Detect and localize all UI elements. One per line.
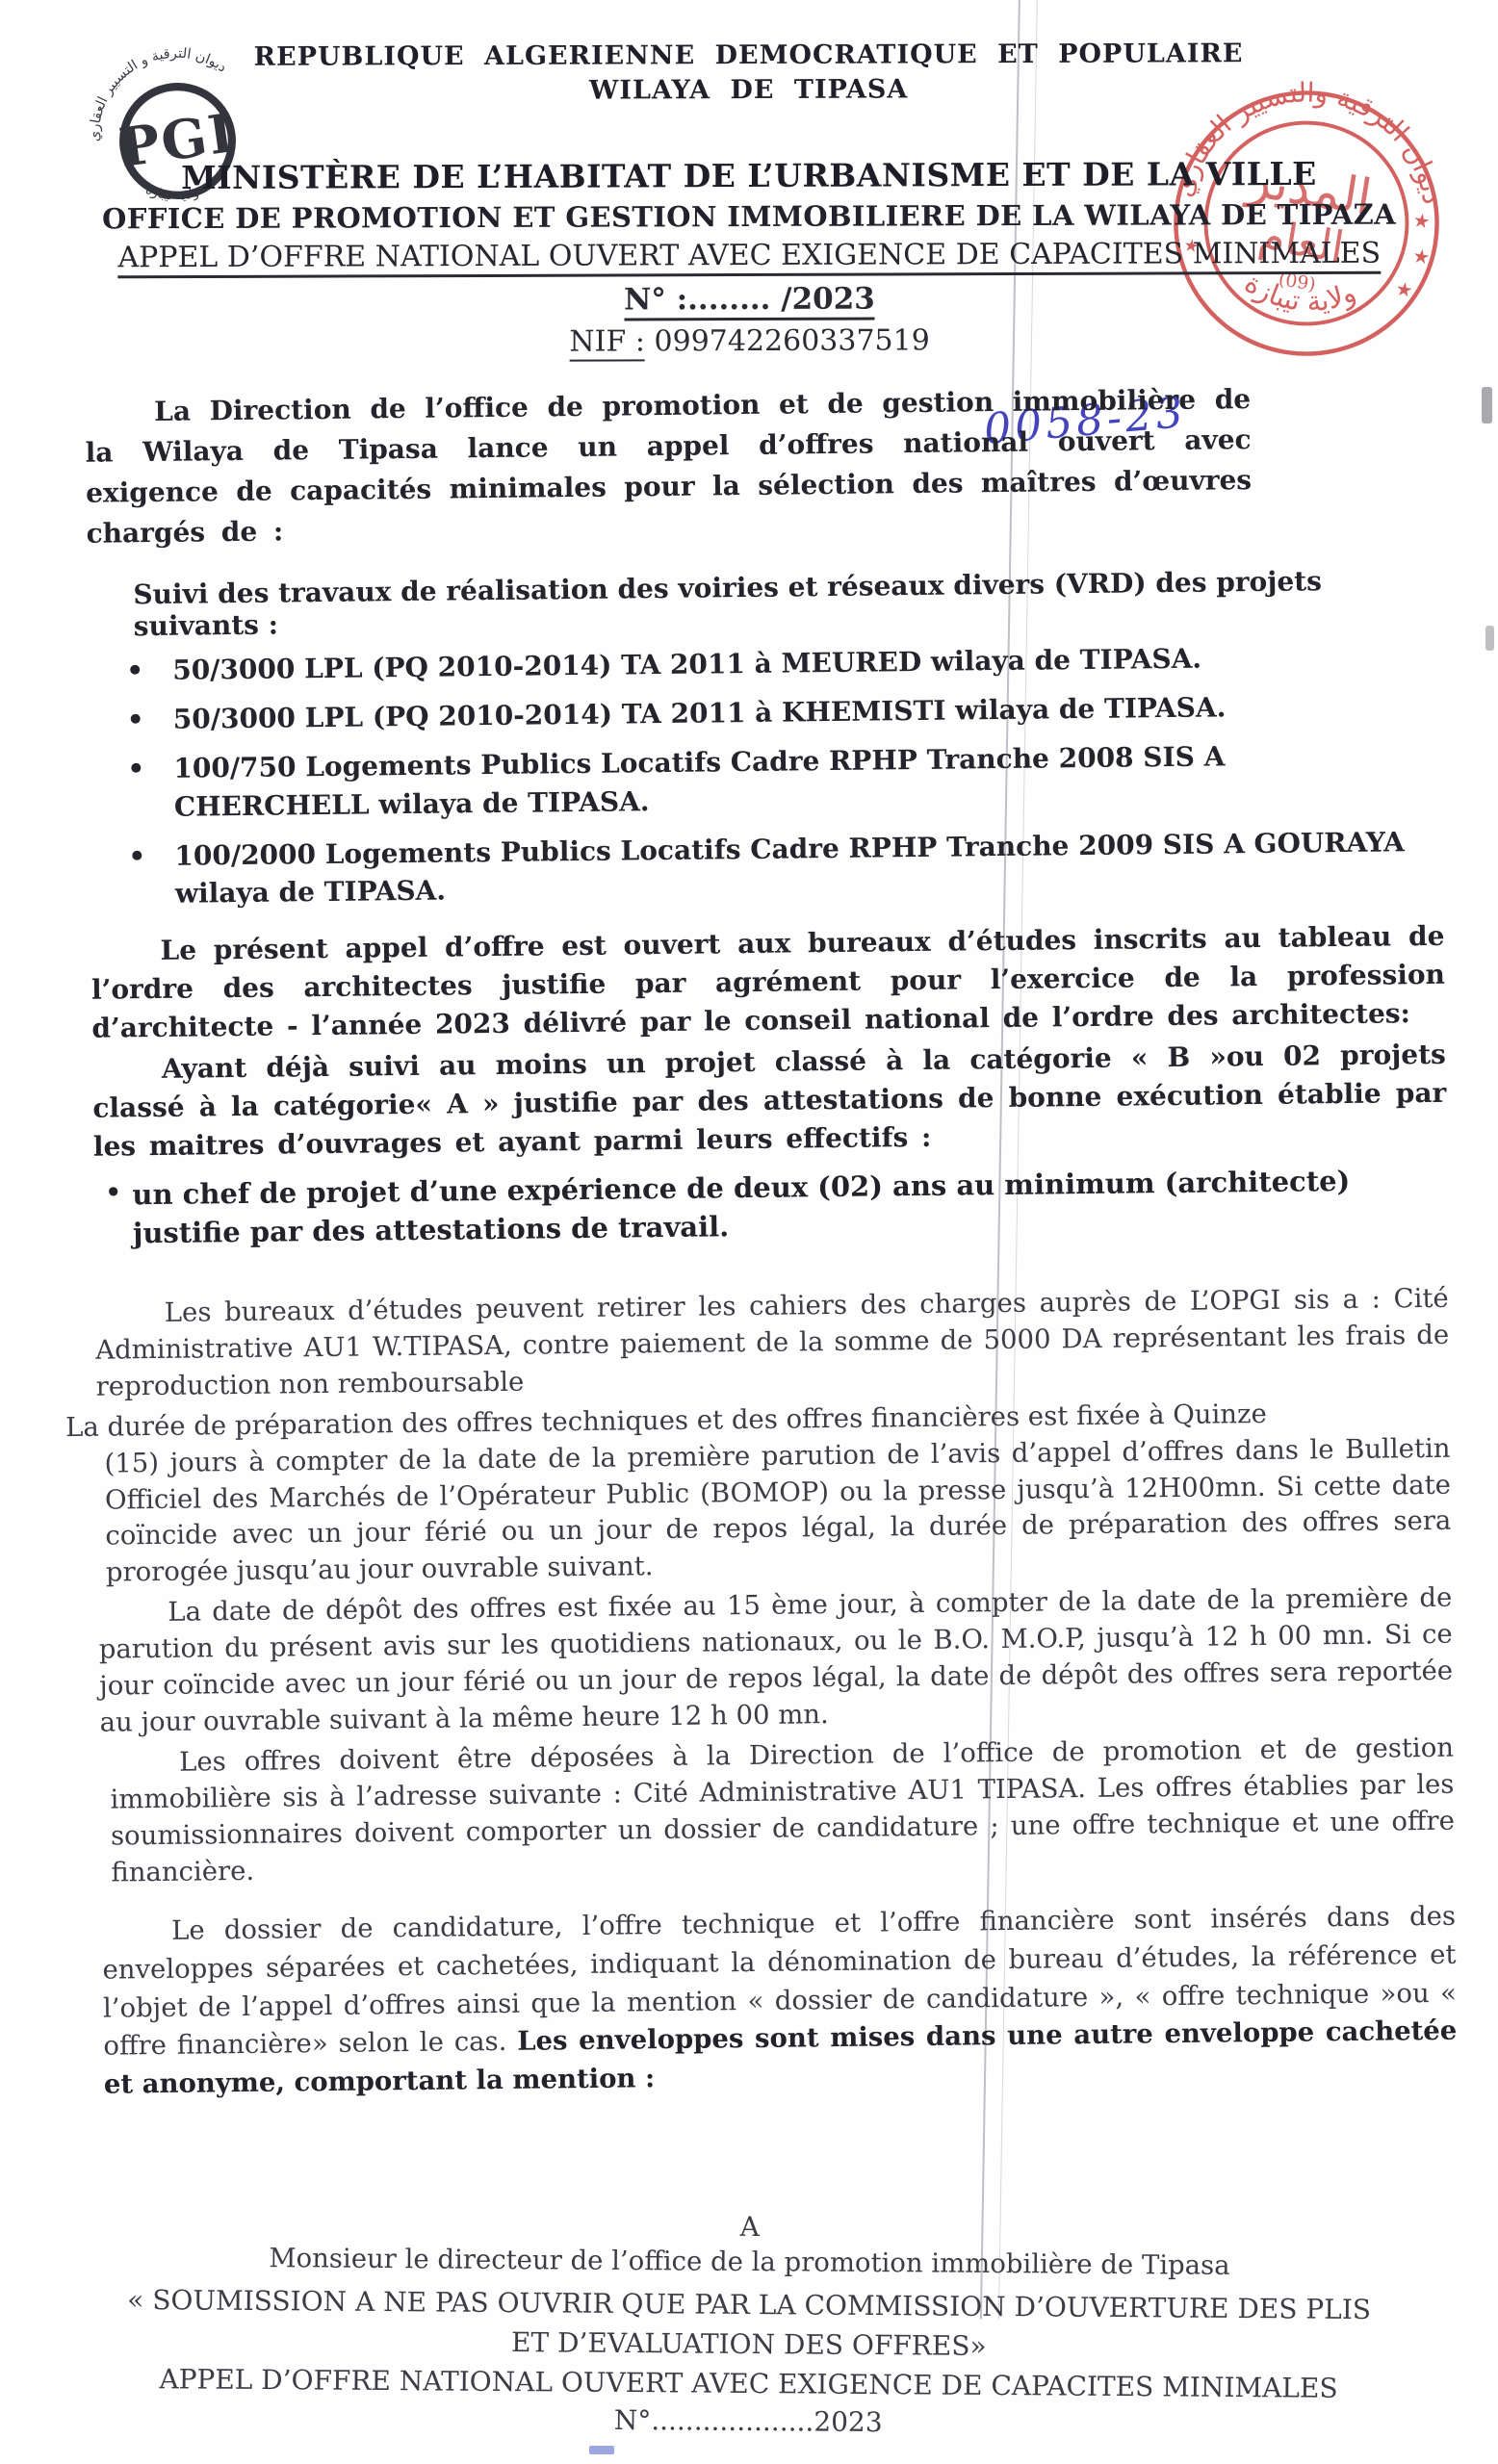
staff-requirement-list: un chef de projet d’une expérience de de… xyxy=(93,1161,1448,1254)
project-item: 100/750 Logements Publics Locatifs Cadre… xyxy=(173,735,1443,825)
soumission-mention: « SOUMISSION A NE PAS OUVRIR QUE PAR LA … xyxy=(109,2281,1390,2370)
footer-tender-number: N°...................2023 xyxy=(0,2400,1497,2444)
nif-line: NIF : 099742260337519 xyxy=(1,322,1498,361)
tender-title: APPEL D’OFFRE NATIONAL OUVERT AVEC EXIGE… xyxy=(0,237,1498,275)
paragraph-category-requirement: Ayant déjà suivi au moins un projet clas… xyxy=(92,1036,1447,1166)
paragraph-introduction: La Direction de l’office de promotion et… xyxy=(85,379,1253,554)
wilaya-line: WILAYA DE TIPASA xyxy=(0,70,1498,110)
paragraph-enveloppes: Le dossier de candidature, l’offre techn… xyxy=(102,1898,1458,2105)
project-item: 100/2000 Logements Publics Locatifs Cadr… xyxy=(174,823,1444,912)
paragraph-depot-adresse: Les offres doivent être déposées à la Di… xyxy=(110,1731,1456,1892)
project-list: 50/3000 LPL (PQ 2010-2014) TA 2011 à MEU… xyxy=(88,637,1444,913)
footer-tender-title: APPEL D’OFFRE NATIONAL OUVERT AVEC EXIGE… xyxy=(0,2363,1498,2406)
office-line: OFFICE DE PROMOTION ET GESTION IMMOBILIE… xyxy=(0,198,1498,236)
document-body: La Direction de l’office de promotion et… xyxy=(0,376,1498,2106)
ink-speck xyxy=(589,2446,614,2454)
paragraph-retrait-cahiers: Les bureaux d’études peuvent retirer les… xyxy=(95,1281,1450,1406)
tender-number-line: N° :........ /2023 xyxy=(0,280,1498,320)
project-item: 50/3000 LPL (PQ 2010-2014) TA 2011 à KHE… xyxy=(173,686,1442,738)
project-item: 50/3000 LPL (PQ 2010-2014) TA 2011 à MEU… xyxy=(172,637,1441,689)
envelope-mention-block: A Monsieur le directeur de l’office de l… xyxy=(0,2205,1498,2444)
paragraph-eligibility: Le présent appel d’offre est ouvert aux … xyxy=(90,917,1445,1047)
document-header: REPUBLIQUE ALGERIENNE DEMOCRATIQUE ET PO… xyxy=(0,0,1498,361)
republic-line: REPUBLIQUE ALGERIENNE DEMOCRATIQUE ET PO… xyxy=(0,36,1498,75)
scanned-tender-document: ديوان الترقية و التسيير العقاري ولاية تي… xyxy=(0,0,1498,2464)
ministry-line: MINISTÈRE DE L’HABITAT DE L’URBANISME ET… xyxy=(0,155,1498,197)
paragraph-projects-intro: Suivi des travaux de réalisation des voi… xyxy=(133,564,1441,642)
staff-requirement-item: un chef de projet d’une expérience de de… xyxy=(132,1161,1448,1254)
paragraph-date-depot: La date de dépôt des offres est fixée au… xyxy=(98,1580,1454,1742)
paragraph-quinze-jours: (15) jours à compter de la date de la pr… xyxy=(104,1431,1452,1593)
